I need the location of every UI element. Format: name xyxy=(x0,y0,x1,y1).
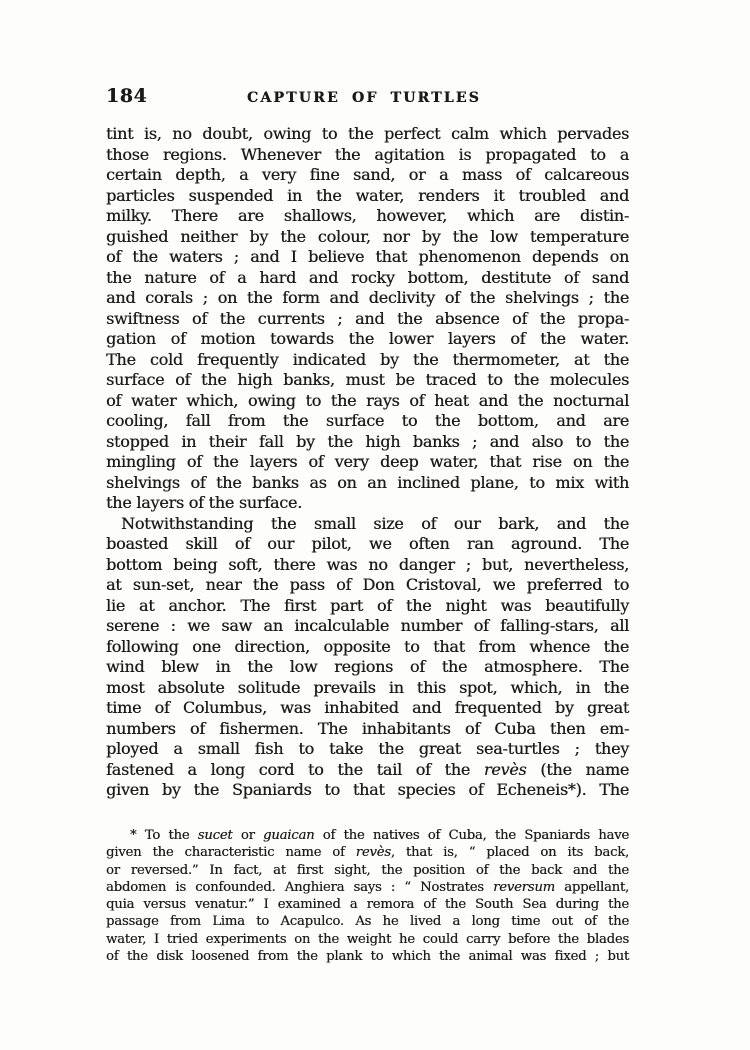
text-line: of water which, owing to the rays of hea… xyxy=(106,391,629,412)
text-run: most absolute solitude prevails in this … xyxy=(106,678,629,697)
text-line: abdomen is confounded. Anghiera says : “… xyxy=(106,879,629,896)
text-run: numbers of fishermen. The inhabitants of… xyxy=(106,719,629,738)
text-run: of the waters ; and I believe that pheno… xyxy=(106,247,629,266)
text-line: guished neither by the colour, nor by th… xyxy=(106,227,629,248)
text-run: the nature of a hard and rocky bottom, d… xyxy=(106,268,629,287)
text-line: swiftness of the currents ; and the abse… xyxy=(106,309,629,330)
scanned-book-page: { "page": { "number": "184", "running_ti… xyxy=(0,0,750,1050)
text-run: The cold frequently indicated by the the… xyxy=(106,350,629,369)
text-line: most absolute solitude prevails in this … xyxy=(106,678,629,699)
text-run: time of Columbus, was inhabited and freq… xyxy=(106,698,629,717)
text-run: mingling of the layers of very deep wate… xyxy=(106,452,629,471)
text-run: or reversed.” In fact, at first sight, t… xyxy=(106,863,629,878)
text-run: shelvings of the banks as on an inclined… xyxy=(106,473,629,492)
page-header: 184 CAPTURE OF TURTLES xyxy=(106,86,629,110)
text-run: those regions. Whenever the agitation is… xyxy=(106,145,629,164)
text-run: of the disk loosened from the plank to w… xyxy=(106,949,629,964)
text-run: surface of the high banks, must be trace… xyxy=(106,370,629,389)
italic-text: reversum xyxy=(493,880,555,895)
text-line: mingling of the layers of very deep wate… xyxy=(106,452,629,473)
text-run: following one direction, opposite to tha… xyxy=(106,637,629,656)
text-line: gation of motion towards the lower layer… xyxy=(106,329,629,350)
text-run: lie at anchor. The first part of the nig… xyxy=(106,596,629,615)
text-run: guished neither by the colour, nor by th… xyxy=(106,227,629,246)
text-line: water, I tried experiments on the weight… xyxy=(106,931,629,948)
text-run: milky. There are shallows, however, whic… xyxy=(106,206,629,225)
text-line: cooling, fall from the surface to the bo… xyxy=(106,411,629,432)
italic-text: sucet xyxy=(198,828,233,843)
text-run: appellant, xyxy=(555,880,629,895)
italic-text: guaican xyxy=(263,828,314,843)
text-run: certain depth, a very fine sand, or a ma… xyxy=(106,165,629,184)
text-line: boasted skill of our pilot, we often ran… xyxy=(106,534,629,555)
text-run: stopped in their fall by the high banks … xyxy=(106,432,629,451)
text-line: certain depth, a very fine sand, or a ma… xyxy=(106,165,629,186)
text-line: lie at anchor. The first part of the nig… xyxy=(106,596,629,617)
text-run: at sun-set, near the pass of Don Cristov… xyxy=(106,575,629,594)
text-line: or reversed.” In fact, at first sight, t… xyxy=(106,862,629,879)
text-run: gation of motion towards the lower layer… xyxy=(106,329,629,348)
text-run: given by the Spaniards to that species o… xyxy=(106,780,629,799)
text-line: surface of the high banks, must be trace… xyxy=(106,370,629,391)
text-line: at sun-set, near the pass of Don Cristov… xyxy=(106,575,629,596)
text-run: the layers of the surface. xyxy=(106,493,302,512)
text-run: or xyxy=(233,828,264,843)
text-run: * To the xyxy=(130,828,198,843)
text-run: particles suspended in the water, render… xyxy=(106,186,629,205)
text-run: boasted skill of our pilot, we often ran… xyxy=(106,534,629,553)
text-line: Notwithstanding the small size of our ba… xyxy=(106,514,629,535)
text-line: tint is, no doubt, owing to the perfect … xyxy=(106,124,629,145)
text-run: of the natives of Cuba, the Spaniards ha… xyxy=(314,828,629,843)
text-run: abdomen is confounded. Anghiera says : “… xyxy=(106,880,493,895)
text-run: given the characteristic name of xyxy=(106,845,356,860)
text-run: and corals ; on the form and declivity o… xyxy=(106,288,629,307)
text-run: water, I tried experiments on the weight… xyxy=(106,932,629,947)
text-line: of the waters ; and I believe that pheno… xyxy=(106,247,629,268)
text-line: The cold frequently indicated by the the… xyxy=(106,350,629,371)
text-column: 184 CAPTURE OF TURTLES tint is, no doubt… xyxy=(106,0,629,1050)
text-line: shelvings of the banks as on an inclined… xyxy=(106,473,629,494)
text-line: wind blew in the low regions of the atmo… xyxy=(106,657,629,678)
text-line: following one direction, opposite to tha… xyxy=(106,637,629,658)
text-line: given the characteristic name of revès, … xyxy=(106,844,629,861)
text-line: of the disk loosened from the plank to w… xyxy=(106,948,629,965)
text-line: particles suspended in the water, render… xyxy=(106,186,629,207)
text-line: * To the sucet or guaican of the natives… xyxy=(106,827,629,844)
text-run: wind blew in the low regions of the atmo… xyxy=(106,657,629,676)
text-run: fastened a long cord to the tail of the xyxy=(106,760,484,779)
text-line: given by the Spaniards to that species o… xyxy=(106,780,629,801)
text-line: bottom being soft, there was no danger ;… xyxy=(106,555,629,576)
text-run: bottom being soft, there was no danger ;… xyxy=(106,555,629,574)
text-line: serene : we saw an incalculable number o… xyxy=(106,616,629,637)
italic-text: revès xyxy=(356,845,391,860)
text-run: passage from Lima to Acapulco. As he liv… xyxy=(106,914,629,929)
text-run: quia versus venatur.” I examined a remor… xyxy=(106,897,629,912)
text-line: numbers of fishermen. The inhabitants of… xyxy=(106,719,629,740)
text-run: ployed a small fish to take the great se… xyxy=(106,739,629,758)
text-run: tint is, no doubt, owing to the perfect … xyxy=(106,124,629,143)
body-text: tint is, no doubt, owing to the perfect … xyxy=(106,124,629,801)
text-run: , that is, “ placed on its back, xyxy=(391,845,629,860)
text-line: time of Columbus, was inhabited and freq… xyxy=(106,698,629,719)
text-line: quia versus venatur.” I examined a remor… xyxy=(106,896,629,913)
text-line: the layers of the surface. xyxy=(106,493,629,514)
footnote: * To the sucet or guaican of the natives… xyxy=(106,827,629,965)
italic-text: revès xyxy=(484,760,527,779)
text-run: cooling, fall from the surface to the bo… xyxy=(106,411,629,430)
running-title: CAPTURE OF TURTLES xyxy=(99,91,629,105)
text-line: milky. There are shallows, however, whic… xyxy=(106,206,629,227)
text-run: of water which, owing to the rays of hea… xyxy=(106,391,629,410)
text-run: Notwithstanding the small size of our ba… xyxy=(121,514,629,533)
text-line: the nature of a hard and rocky bottom, d… xyxy=(106,268,629,289)
text-run: (the name xyxy=(526,760,629,779)
text-line: stopped in their fall by the high banks … xyxy=(106,432,629,453)
text-line: ployed a small fish to take the great se… xyxy=(106,739,629,760)
text-line: passage from Lima to Acapulco. As he liv… xyxy=(106,913,629,930)
text-line: and corals ; on the form and declivity o… xyxy=(106,288,629,309)
text-run: swiftness of the currents ; and the abse… xyxy=(106,309,629,328)
text-run: serene : we saw an incalculable number o… xyxy=(106,616,629,635)
text-line: fastened a long cord to the tail of the … xyxy=(106,760,629,781)
text-line: those regions. Whenever the agitation is… xyxy=(106,145,629,166)
